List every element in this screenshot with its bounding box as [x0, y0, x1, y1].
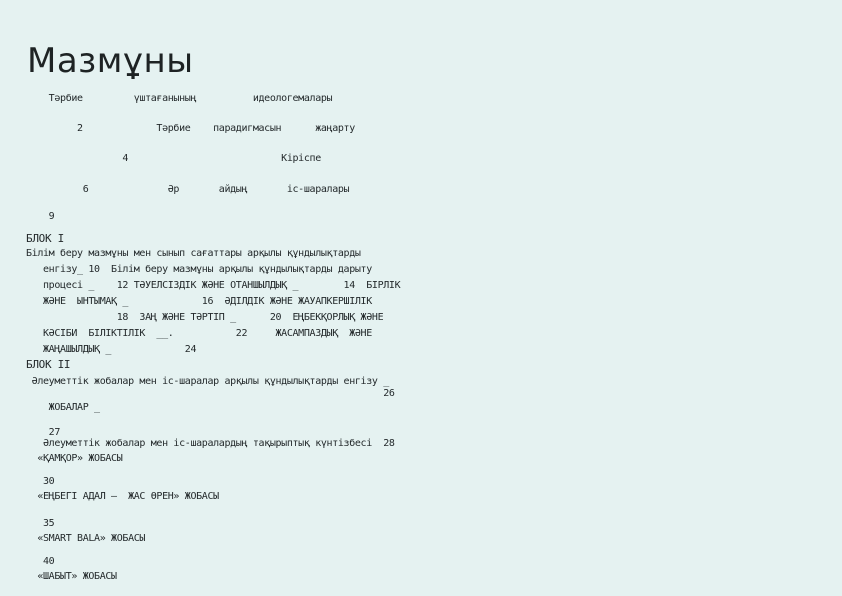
toc-line-page-27: 27 — [26, 428, 60, 438]
toc-line-page-26: 26 — [26, 389, 395, 399]
toc-line-block1-p2: енгізу_ 10 Білім беру мазмұны арқылы құн… — [26, 265, 372, 275]
toc-line-block2-intro: Әлеуметтік жобалар мен іс-шаралар арқылы… — [26, 377, 389, 387]
toc-line-zhobalar: ЖОБАЛАР _ — [26, 403, 100, 413]
toc-line-project-smartbala: «SMART BALA» ЖОБАСЫ — [26, 534, 145, 544]
toc-line-page-35: 35 — [26, 519, 54, 529]
toc-line-block1-p3: процесі _ 12 ТӘУЕЛСІЗДІК ЖӘНЕ ОТАНШЫЛДЫҚ… — [26, 281, 400, 291]
document-page: Мазмұны Тәрбие үштағанының идеологемалар… — [0, 0, 842, 596]
page-title: Мазмұны — [27, 41, 194, 81]
toc-line-monthly-events: 6 Әр айдың іс-шаралары — [26, 185, 349, 195]
toc-line-block1-p1: Білім беру мазмұны мен сынып сағаттары а… — [26, 249, 361, 259]
toc-line-paradigma: 2 Тәрбие парадигмасын жаңарту — [26, 124, 355, 134]
toc-line-page-30: 30 — [26, 477, 54, 487]
toc-line-page-9: 9 — [26, 212, 54, 222]
toc-line-block1-p5: 18 ЗАҢ ЖӘНЕ ТӘРТІП _ 20 ЕҢБЕКҚОРЛЫҚ ЖӘНЕ — [26, 313, 383, 323]
toc-line-ideologemalary: Тәрбие үштағанының идеологемалары — [26, 94, 332, 104]
toc-line-calendar: Әлеуметтік жобалар мен іс-шаралардың тақ… — [26, 439, 395, 449]
toc-line-block1-p4: ЖӘНЕ ЫНТЫМАҚ _ 16 ӘДІЛДІК ЖӘНЕ ЖАУАПКЕРШ… — [26, 297, 372, 307]
toc-line-project-shabyt: «ШАБЫТ» ЖОБАСЫ — [26, 572, 117, 582]
toc-line-page-40: 40 — [26, 557, 54, 567]
toc-heading-block-2: БЛОК II — [26, 360, 70, 370]
toc-line-project-kamkor: «ҚАМҚОР» ЖОБАСЫ — [26, 454, 122, 464]
toc-line-kirispe: 4 Кіріспе — [26, 154, 321, 164]
toc-heading-block-1: БЛОК I — [26, 234, 64, 244]
toc-line-block1-p7: ЖАҢАШЫЛДЫҚ _ 24 — [26, 345, 196, 355]
toc-line-project-enbek: «ЕҢБЕГІ АДАЛ – ЖАС ӨРЕН» ЖОБАСЫ — [26, 492, 219, 502]
toc-line-block1-p6: КӘСІБИ БІЛІКТІЛІК __. 22 ЖАСАМПАЗДЫҚ ЖӘН… — [26, 329, 372, 339]
